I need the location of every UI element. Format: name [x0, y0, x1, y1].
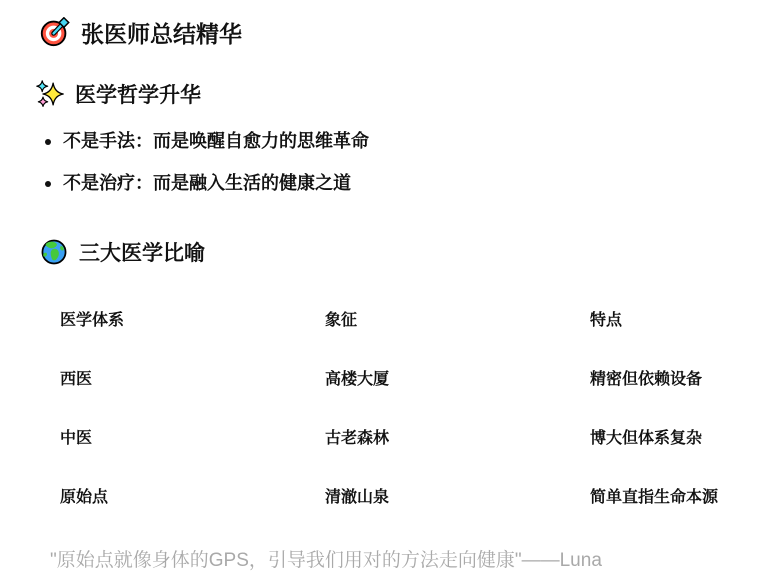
document-page: 张医师总结精华 医学哲学升华 不是手法：而是唤醒自愈力的思维革命 不是治疗：而是… [0, 0, 770, 572]
bullet-item: 不是手法：而是唤醒自愈力的思维革命 [45, 132, 730, 151]
footer-quote: "原始点就像身体的GPS，引导我们用对的方法走向健康"——Luna [50, 550, 730, 572]
globe-icon [40, 238, 68, 266]
table-cell-system: 中医 [60, 430, 325, 447]
section-heading-metaphors: 三大医学比喻 [79, 237, 205, 267]
table-header-cell: 特点 [590, 312, 730, 329]
table-cell-system: 西医 [60, 371, 325, 388]
dart-target-icon [40, 17, 70, 47]
section-heading-philosophy: 医学哲学升华 [75, 79, 201, 109]
section-heading-philosophy-row: 医学哲学升华 [36, 80, 730, 108]
table-header-cell: 医学体系 [60, 312, 325, 329]
comparison-table: 医学体系 象征 特点 西医 高楼大厦 精密但依赖设备 中医 古老森林 博大但体系… [60, 312, 730, 548]
bullet-item: 不是治疗：而是融入生活的健康之道 [45, 174, 730, 193]
table-cell-trait: 简单直指生命本源 [590, 489, 730, 506]
table-cell-symbol: 高楼大厦 [325, 371, 590, 388]
table-cell-symbol: 清澈山泉 [325, 489, 590, 506]
table-cell-system: 原始点 [60, 489, 325, 506]
table-header-cell: 象征 [325, 312, 590, 329]
section-heading-metaphors-row: 三大医学比喻 [40, 238, 730, 266]
page-title: 张医师总结精华 [81, 16, 242, 49]
philosophy-bullet-list: 不是手法：而是唤醒自愈力的思维革命 不是治疗：而是融入生活的健康之道 [40, 132, 730, 193]
table-cell-symbol: 古老森林 [325, 430, 590, 447]
table-cell-trait: 博大但体系复杂 [590, 430, 730, 447]
table-cell-trait: 精密但依赖设备 [590, 371, 730, 388]
page-title-row: 张医师总结精华 [40, 16, 730, 48]
sparkles-icon [36, 80, 64, 108]
